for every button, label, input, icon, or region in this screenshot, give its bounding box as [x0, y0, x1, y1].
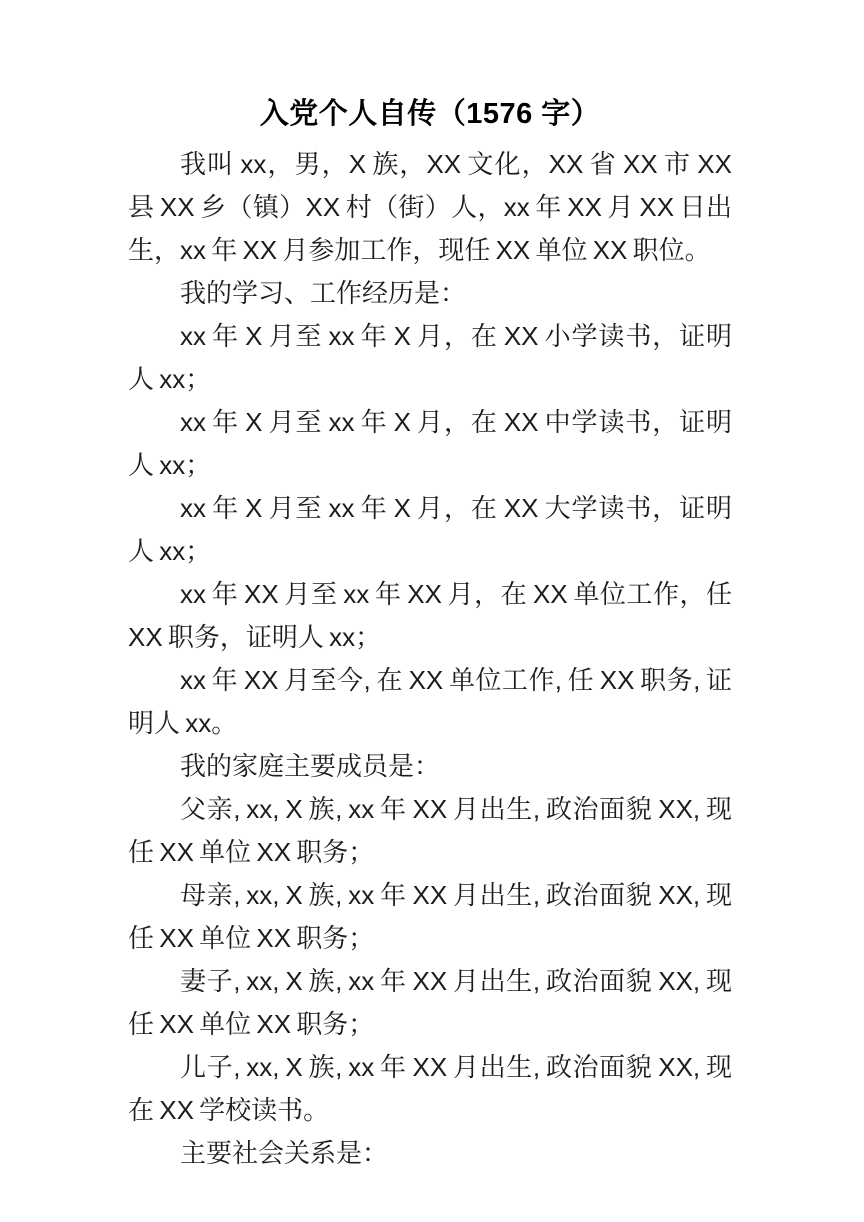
paragraph-university: xx 年 X 月至 xx 年 X 月，在 XX 大学读书，证明人 xx； [128, 487, 732, 573]
document-body: 我叫 xx，男，X 族，XX 文化，XX 省 XX 市 XX 县 XX 乡（镇）… [128, 143, 732, 1175]
paragraph-work-period: xx 年 XX 月至 xx 年 XX 月，在 XX 单位工作，任 XX 职务，证… [128, 573, 732, 659]
paragraph-son: 儿子, xx, X 族, xx 年 XX 月出生, 政治面貌 XX, 现在 XX… [128, 1046, 732, 1132]
paragraph-social-relations-heading: 主要社会关系是： [128, 1132, 732, 1175]
paragraph-study-work-heading: 我的学习、工作经历是： [128, 272, 732, 315]
paragraph-mother: 母亲, xx, X 族, xx 年 XX 月出生, 政治面貌 XX, 现任 XX… [128, 874, 732, 960]
paragraph-middle-school: xx 年 X 月至 xx 年 X 月，在 XX 中学读书，证明人 xx； [128, 401, 732, 487]
paragraph-family-heading: 我的家庭主要成员是： [128, 745, 732, 788]
document-title: 入党个人自传（1576 字） [128, 96, 732, 133]
paragraph-primary-school: xx 年 X 月至 xx 年 X 月，在 XX 小学读书，证明人 xx； [128, 315, 732, 401]
document-page: 入党个人自传（1576 字） 我叫 xx，男，X 族，XX 文化，XX 省 XX… [0, 0, 864, 1222]
paragraph-father: 父亲, xx, X 族, xx 年 XX 月出生, 政治面貌 XX, 现任 XX… [128, 788, 732, 874]
paragraph-wife: 妻子, xx, X 族, xx 年 XX 月出生, 政治面貌 XX, 现任 XX… [128, 960, 732, 1046]
paragraph-work-current: xx 年 XX 月至今, 在 XX 单位工作, 任 XX 职务, 证明人 xx。 [128, 659, 732, 745]
paragraph-intro: 我叫 xx，男，X 族，XX 文化，XX 省 XX 市 XX 县 XX 乡（镇）… [128, 143, 732, 272]
